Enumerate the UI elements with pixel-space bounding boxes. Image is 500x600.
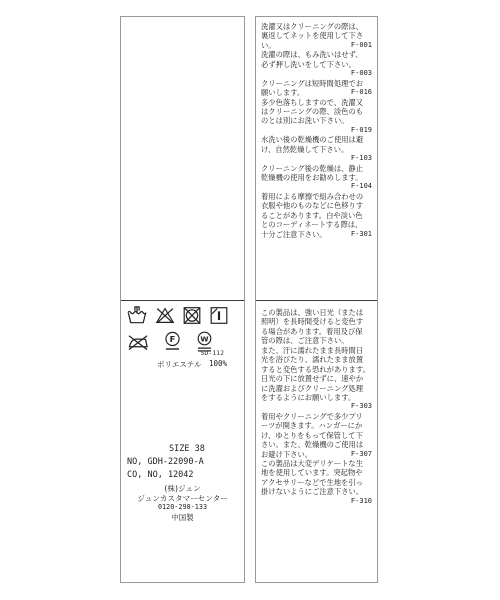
no-tumble-dry-icon [181,304,203,327]
care-text-line: 多少色落ちしますので、洗濯又 [261,98,372,107]
care-text-line: F-019 [261,126,372,135]
care-text-line: クリーニング後の乾燥は、静止 [261,164,372,173]
item-number: NO, GDH-22090-A [127,456,238,469]
care-text-line: F-303 [261,402,372,411]
care-text-line: はクリーニングの際、淡色のも [261,107,372,116]
care-text-line: 掛けないようにご注意下さい。 [261,487,372,496]
care-text-line: クリーニングは短時間処理でお [261,79,372,88]
care-text-line: 洗濯の際は、もみ洗いはせず、 [261,50,372,59]
care-text-line: F-103 [261,154,372,163]
care-text-line: をするようにお願いします。 [261,393,372,402]
care-text-line: F-003 [261,69,372,78]
care-text-line: け、自然乾燥して下さい。 [261,145,372,154]
fabric-material: ポリエステル [157,359,201,370]
company-info-block: (株)ジュン ジュンカスタマーセンター 0120-298-133 中国製 [121,484,244,522]
care-text-line: 着用やクリーニングで多少プリ [261,412,372,421]
svg-text:F: F [170,334,176,344]
size-info-block: SIZE 38 NO, GDH-22090-A CO, NO, 12042 [127,443,238,482]
customer-center: ジュンカスタマーセンター [121,494,244,504]
line-dry-in-shade-icon [208,304,230,327]
care-text-line: 必ず押し洗いをして下さい。 [261,60,372,69]
fabric-composition: ポリエステル 100% [157,359,227,370]
hand-wash-icon [125,304,149,327]
no-bleach-icon [154,304,176,327]
country-of-origin: 中国製 [121,513,244,523]
care-text-line: 願いします。F-016 [261,88,372,97]
care-text-line: さい。また、乾燥機のご使用は [261,440,372,449]
care-text-line: 裏返してネットを使用して下さ [261,31,372,40]
no-iron-icon [125,330,151,353]
svg-text:W: W [200,334,208,343]
care-text-line: る場合があります。着用及び保 [261,327,372,336]
lot-code: SD-112 [201,349,224,357]
company-name: (株)ジュン [121,484,244,494]
care-text-line: お避け下さい。F-307 [261,450,372,459]
care-text-line: この製品は、強い日光（または [261,308,372,317]
care-label-right-panel: 洗濯又はクリーニングの際は、裏返してネットを使用して下さい。F-001洗濯の際は… [255,16,378,583]
left-panel-divider [121,300,244,301]
care-text-line: 水洗い後の乾燥機のご使用は避 [261,135,372,144]
fabric-percentage: 100% [209,359,227,370]
care-symbols-section: F W [125,304,240,354]
care-text-line: ーツが開きます。ハンガーにか [261,421,372,430]
care-text-line: 着用による摩擦で組み合わせの [261,192,372,201]
right-panel-divider [256,300,377,301]
care-text-line: また、汗に濡れたまま長時間日 [261,346,372,355]
care-label-left-panel: F W SD-112 ポリエステル 100% SIZE 38 NO, GDH-2… [120,16,245,583]
care-text-line: アクセサリーなどで生地を引っ [261,478,372,487]
care-text-line: け、ゆとりをもって保管して下 [261,431,372,440]
care-text-line: のとは別にお洗い下さい。 [261,116,372,125]
care-text-line: 地を使用しています。突起物や [261,468,372,477]
care-text-line: 日光の下に放置せずに、速やか [261,374,372,383]
care-instructions-block-1: 洗濯又はクリーニングの際は、裏返してネットを使用して下さい。F-001洗濯の際は… [261,22,372,239]
care-text-line: 照明）を長時間受けると変色す [261,317,372,326]
care-text-line: この製品は大変デリケートな生 [261,459,372,468]
care-text-line: F-104 [261,182,372,191]
care-text-line: に洗濯およびクリーニング処理 [261,384,372,393]
size-value: SIZE 38 [127,443,238,456]
care-text-line: 管の際は、ご注意下さい。 [261,336,372,345]
care-instructions-block-2: この製品は、強い日光（または照明）を長時間受けると変色する場合があります。着用及… [261,308,372,506]
care-text-line: 光を浴びたり、濡れたまま放置 [261,355,372,364]
care-text-line: 衣服や他のものなどに色移りす [261,201,372,210]
co-number: CO, NO, 12042 [127,469,238,482]
care-symbols-row-1 [125,304,240,327]
care-text-line: い。F-001 [261,41,372,50]
care-text-line: とのコーディネートする際は、 [261,220,372,229]
care-text-line: 十分ご注意下さい。F-301 [261,230,372,239]
care-text-line: 洗濯又はクリーニングの際は、 [261,22,372,31]
care-text-line: 乾燥機の使用をお勧めします。 [261,173,372,182]
care-text-line: ることがあります。白や淡い色 [261,211,372,220]
care-text-line: すると変色する恐れがあります。 [261,365,372,374]
phone-number: 0120-298-133 [121,503,244,513]
care-text-line: F-310 [261,497,372,506]
dry-clean-f-gentle-icon: F [162,330,183,354]
